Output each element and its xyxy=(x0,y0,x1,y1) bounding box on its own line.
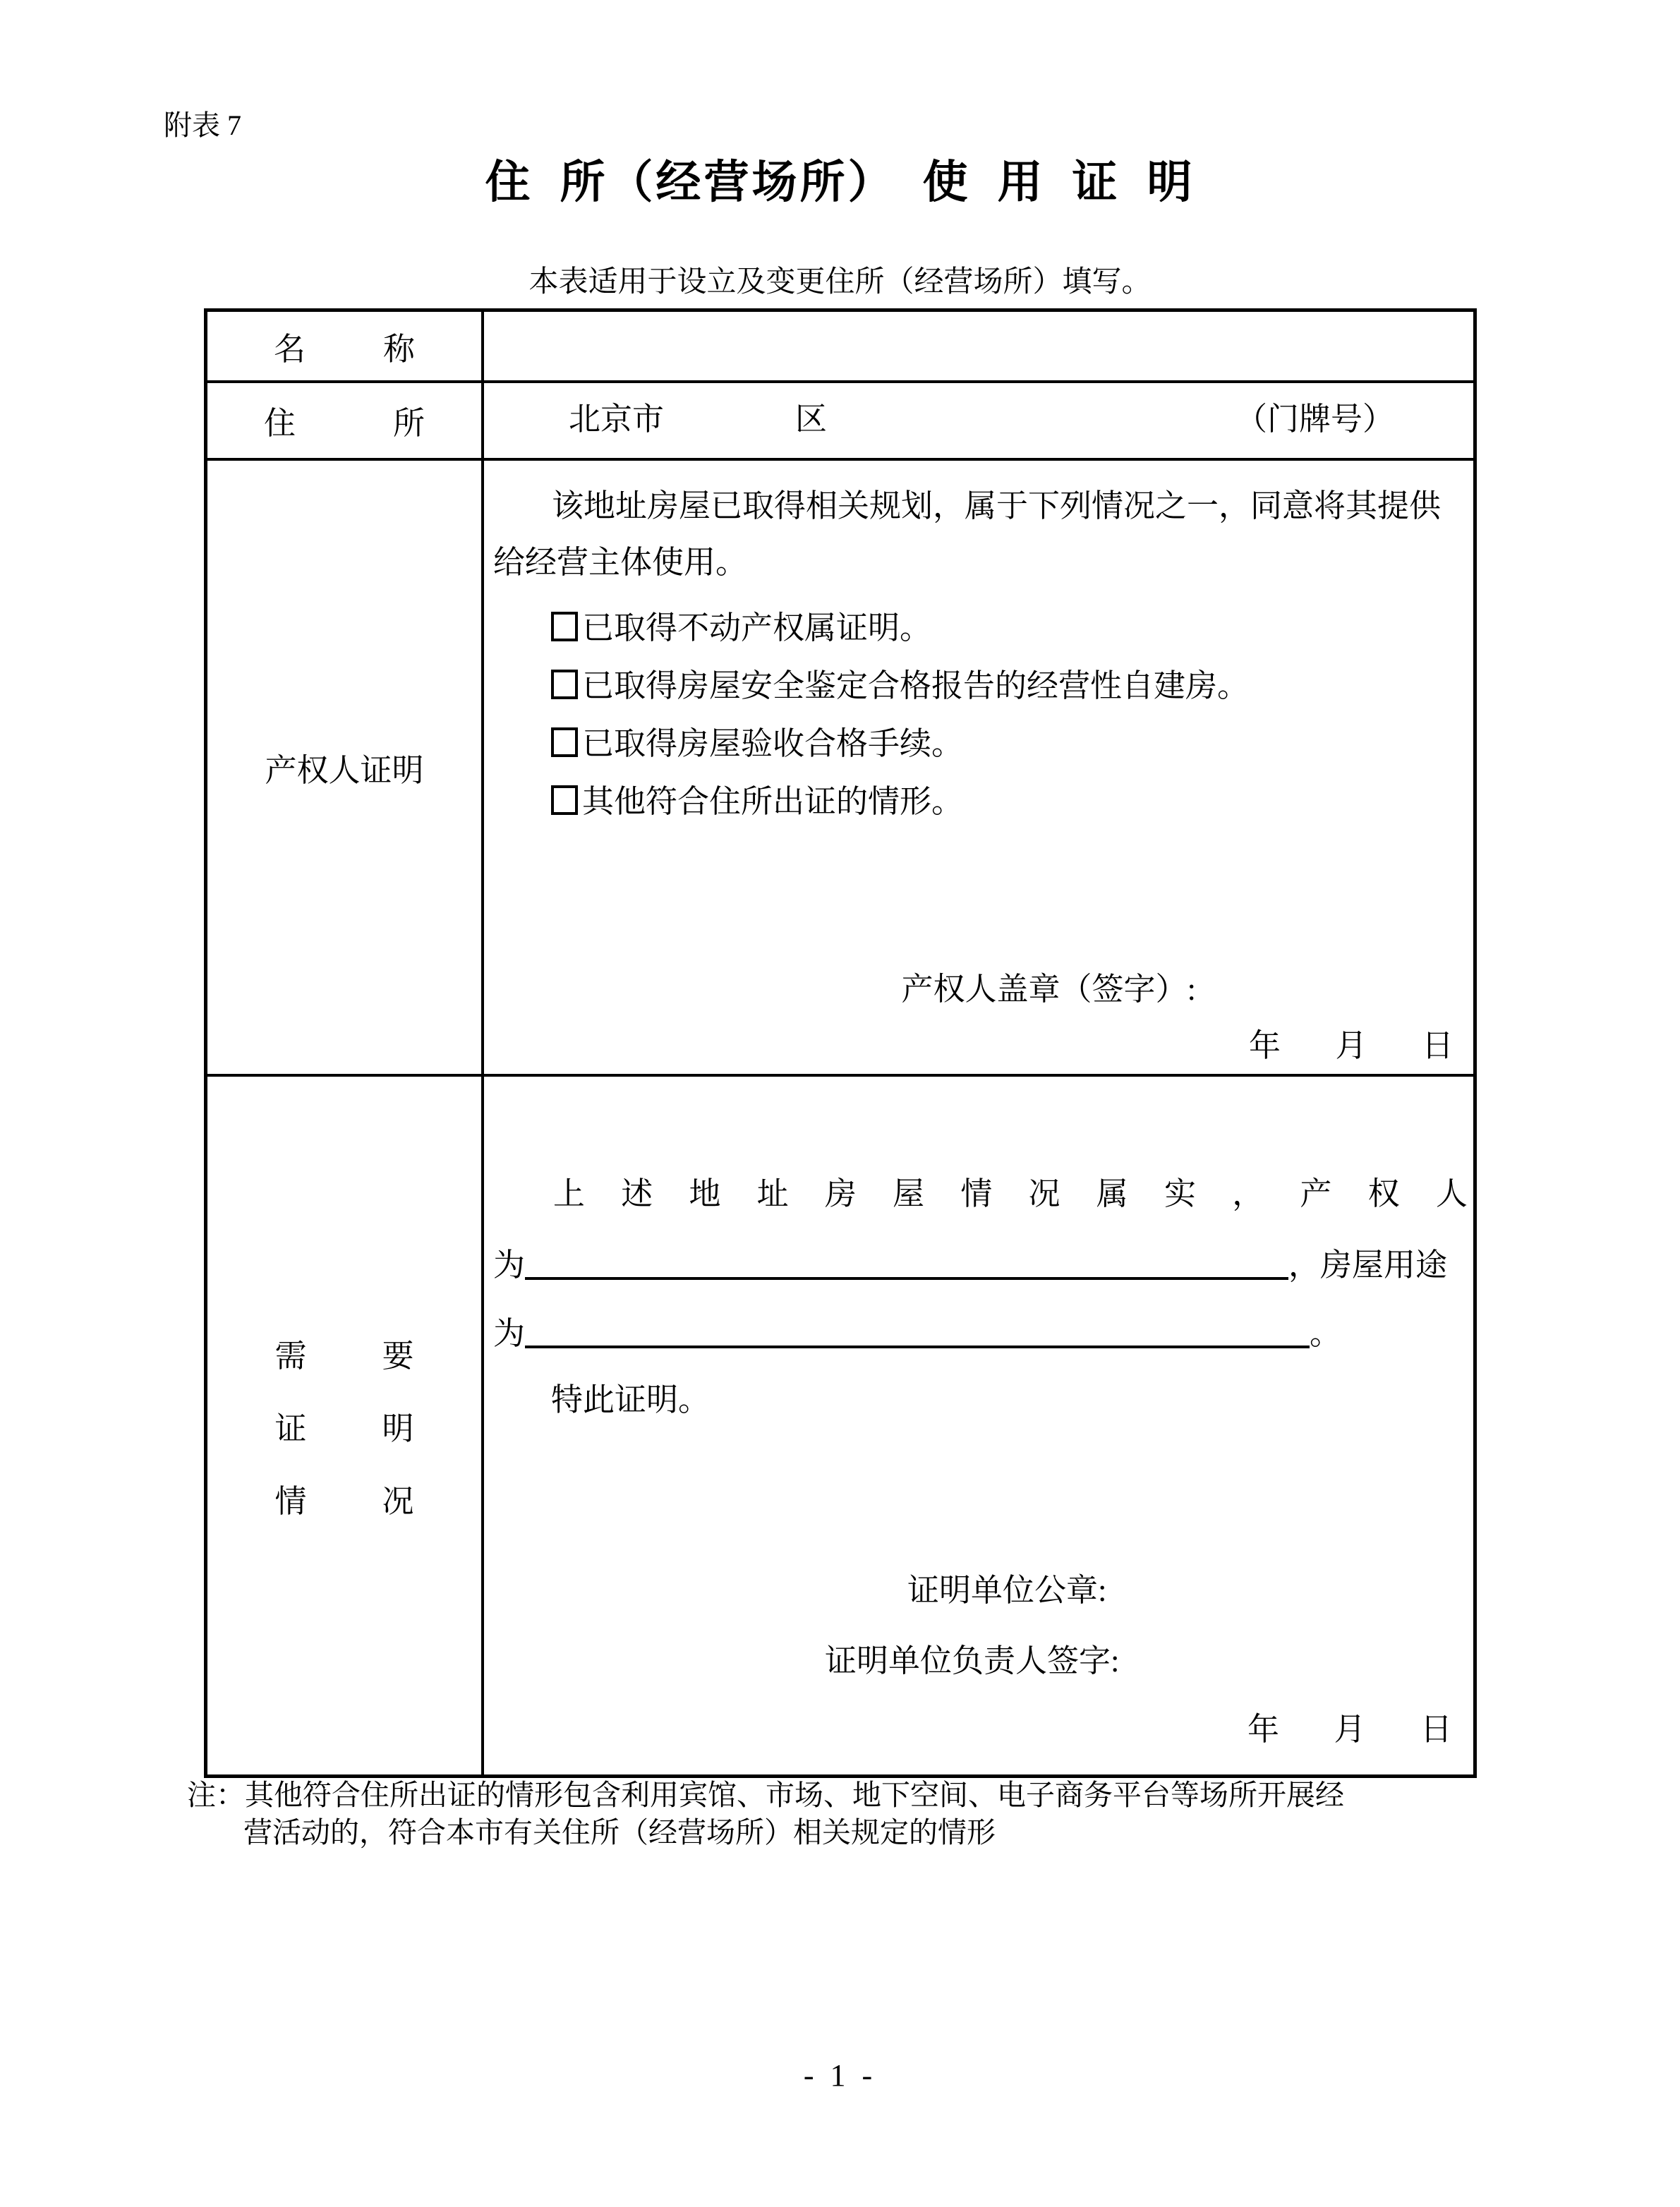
table-row-situation: 需要 证明 情况 上述地址房屋情况属实，产权人 为，房屋用途 为。 特此证明。 … xyxy=(206,1075,1475,1777)
option-label: 已取得房屋安全鉴定合格报告的经营性自建房。 xyxy=(582,668,1249,703)
char: 况 xyxy=(1029,1166,1060,1222)
option-other-situations: 其他符合住所出证的情形。 xyxy=(551,773,1473,830)
char: 上 xyxy=(553,1166,585,1222)
option-label: 已取得房屋验收合格手续。 xyxy=(582,726,963,761)
char: 情 xyxy=(275,1475,307,1521)
page-number: - 1 - xyxy=(0,2057,1680,2093)
char: 址 xyxy=(757,1166,789,1222)
statement-line-2-prefix: 为 xyxy=(493,1247,525,1283)
option-property-ownership: 已取得不动产权属证明。 xyxy=(551,599,1473,657)
statement-line-2: 为，房屋用途 xyxy=(493,1237,1466,1293)
owner-seal-signature-label: 产权人盖章（签字）: xyxy=(484,961,1473,1017)
table-row-address: 住所 北京市 区 （门牌号） xyxy=(206,382,1475,459)
char: ， xyxy=(1232,1166,1264,1222)
char: 名 xyxy=(274,323,306,369)
checkbox-icon[interactable] xyxy=(551,670,578,699)
address-door-number-hint: （门牌号） xyxy=(1235,383,1394,455)
owner-date-line: 年月日 xyxy=(1249,1017,1454,1074)
char: 权 xyxy=(1368,1166,1400,1222)
statement-line-2-suffix: ，房屋用途 xyxy=(1288,1247,1447,1283)
table-row-owner-certificate: 产权人证明 该地址房屋已取得相关规划，属于下列情况之一，同意将其提供给经营主体使… xyxy=(206,459,1475,1075)
char: 实 xyxy=(1164,1166,1196,1222)
char: 需 xyxy=(275,1330,307,1376)
char: 情 xyxy=(960,1166,992,1222)
owner-label-cell: 产权人证明 xyxy=(206,459,483,1075)
statement-line-3-prefix: 为 xyxy=(493,1316,525,1351)
char: 屋 xyxy=(893,1166,924,1222)
option-label: 已取得不动产权属证明。 xyxy=(582,610,931,646)
address-label: 住所 xyxy=(264,397,425,443)
address-city: 北京市 xyxy=(569,383,664,455)
owner-label: 产权人证明 xyxy=(207,744,481,790)
char: 地 xyxy=(689,1166,720,1222)
unit-seal-label: 证明单位公章: xyxy=(484,1562,1473,1619)
name-label-cell: 名称 xyxy=(206,310,483,382)
statement-line-3-suffix: 。 xyxy=(1310,1316,1341,1351)
footnote-line-2: 营活动的，符合本市有关住所（经营场所）相关规定的情形 xyxy=(187,1814,1429,1851)
char: 日 xyxy=(1420,1701,1452,1758)
checkbox-icon[interactable] xyxy=(551,612,578,641)
char: 产 xyxy=(1300,1166,1331,1222)
attachment-label: 附表 7 xyxy=(164,110,241,141)
address-value-cell[interactable]: 北京市 区 （门牌号） xyxy=(483,382,1475,459)
char: 称 xyxy=(383,323,415,369)
char: 日 xyxy=(1422,1017,1454,1074)
char: 住 xyxy=(264,397,296,443)
situation-label-cell: 需要 证明 情况 xyxy=(206,1075,483,1777)
option-self-built-house: 已取得房屋安全鉴定合格报告的经营性自建房。 xyxy=(551,657,1473,715)
owner-name-blank[interactable] xyxy=(525,1242,1288,1280)
char: 房 xyxy=(825,1166,857,1222)
char: 人 xyxy=(1436,1166,1468,1222)
char: 要 xyxy=(382,1330,413,1376)
address-line: 北京市 区 （门牌号） xyxy=(484,383,1473,455)
char: 月 xyxy=(1334,1701,1365,1758)
statement-line-3: 为。 xyxy=(493,1305,1466,1362)
footnote-line-1: 注：其他符合住所出证的情形包含利用宾馆、市场、地下空间、电子商务平台等场所开展经 xyxy=(187,1777,1429,1814)
situation-date-line: 年月日 xyxy=(1247,1701,1452,1758)
situation-label-line: 证明 xyxy=(275,1403,414,1449)
checkbox-icon[interactable] xyxy=(551,727,578,757)
char: 所 xyxy=(393,397,425,443)
address-district-suffix: 区 xyxy=(795,383,827,455)
char: 述 xyxy=(621,1166,653,1222)
situation-content-cell: 上述地址房屋情况属实，产权人 为，房屋用途 为。 特此证明。 证明单位公章: 证… xyxy=(483,1075,1475,1777)
page-title: 住 所（经营场所） 使 用 证 明 xyxy=(0,151,1680,214)
situation-label: 需要 证明 情况 xyxy=(207,1077,481,1775)
checkbox-icon[interactable] xyxy=(551,785,578,815)
footnote-prefix: 注： xyxy=(187,1779,245,1811)
address-label-cell: 住所 xyxy=(206,382,483,459)
char: 年 xyxy=(1249,1017,1281,1074)
footnote: 注：其他符合住所出证的情形包含利用宾馆、市场、地下空间、电子商务平台等场所开展经… xyxy=(187,1777,1429,1851)
char: 况 xyxy=(382,1475,413,1521)
house-usage-blank[interactable] xyxy=(525,1310,1310,1348)
owner-intro-text: 该地址房屋已取得相关规划，属于下列情况之一，同意将其提供给经营主体使用。 xyxy=(493,478,1466,591)
situation-label-line: 情况 xyxy=(275,1475,414,1521)
option-acceptance-procedures: 已取得房屋验收合格手续。 xyxy=(551,715,1473,773)
name-label: 名称 xyxy=(274,323,415,369)
certificate-table: 名称 住所 北京市 区 （门牌号） 产权人证明 xyxy=(204,308,1477,1778)
unit-responsible-signature-label: 证明单位负责人签字: xyxy=(484,1633,1473,1689)
char: 属 xyxy=(1096,1166,1128,1222)
char: 年 xyxy=(1247,1701,1279,1758)
char: 证 xyxy=(275,1403,307,1449)
statement-line-1: 上述地址房屋情况属实，产权人 xyxy=(553,1166,1468,1222)
owner-content-cell: 该地址房屋已取得相关规划，属于下列情况之一，同意将其提供给经营主体使用。 已取得… xyxy=(483,459,1475,1075)
char: 明 xyxy=(382,1403,413,1449)
certify-statement: 特此证明。 xyxy=(551,1372,1473,1428)
name-value-cell[interactable] xyxy=(483,310,1475,382)
owner-options-list: 已取得不动产权属证明。 已取得房屋安全鉴定合格报告的经营性自建房。 已取得房屋验… xyxy=(551,599,1473,830)
option-label: 其他符合住所出证的情形。 xyxy=(582,784,963,819)
table-row-name: 名称 xyxy=(206,310,1475,382)
document-page: 附表 7 住 所（经营场所） 使 用 证 明 本表适用于设立及变更住所（经营场所… xyxy=(0,0,1680,2207)
footnote-text-1: 其他符合住所出证的情形包含利用宾馆、市场、地下空间、电子商务平台等场所开展经 xyxy=(245,1779,1344,1811)
situation-label-line: 需要 xyxy=(275,1330,414,1376)
char: 月 xyxy=(1335,1017,1367,1074)
form-subtitle: 本表适用于设立及变更住所（经营场所）填写。 xyxy=(0,262,1680,302)
